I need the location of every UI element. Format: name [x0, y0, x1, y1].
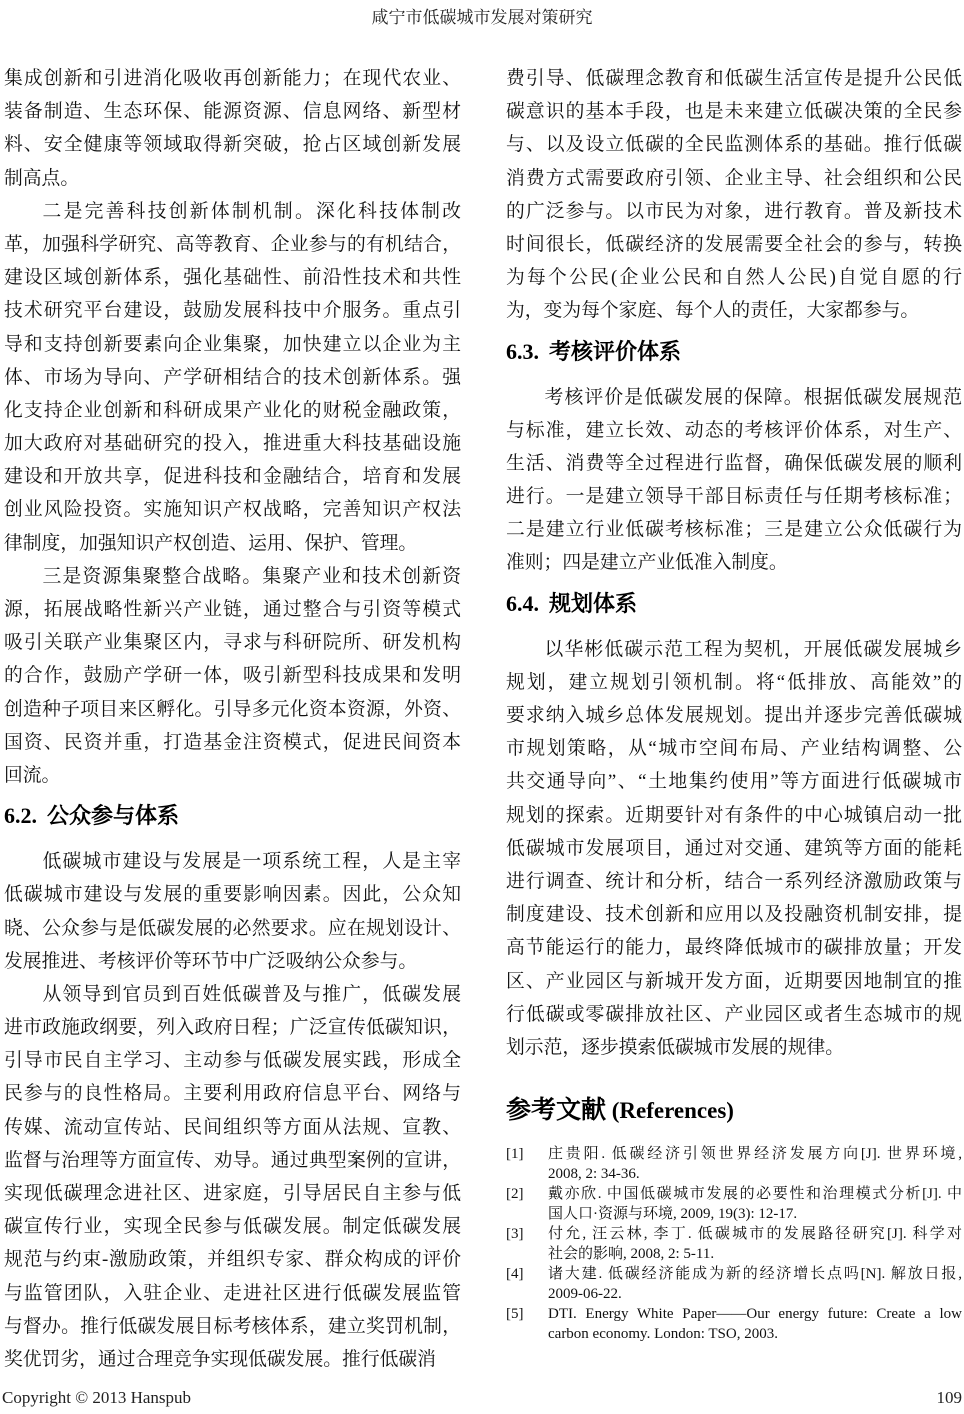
body-line: 进市政施政纲要，列入政府日程；广泛宣传低碳知识， — [4, 1011, 461, 1044]
page-header-title: 咸宁市低碳城市发展对策研究 — [0, 6, 964, 30]
reference-text: 庄贵阳. 低碳经济引领世界经济发展方向[J]. 世界环境,2008, 2: 34… — [548, 1144, 962, 1184]
body-line: 进行调查、统计和分析，结合一系列经济激励政策与 — [506, 865, 962, 898]
reference-item: [3]付允, 汪云林, 李丁. 低碳城市的发展路径研究[J]. 科学对社会的影响… — [506, 1224, 962, 1264]
section-number: 6.4. — [506, 591, 539, 616]
body-line: 规划，建立规划引领机制。将“低排放、高能效”的 — [506, 666, 962, 699]
body-line: 三是资源集聚整合战略。集聚产业和技术创新资 — [4, 560, 461, 593]
body-line: 国资、民资并重，打造基金注资模式，促进民间资本 — [4, 726, 461, 759]
references-heading-zh: 参考文献 — [506, 1096, 606, 1124]
body-line: 民参与的良性格局。主要利用政府信息平台、网络与 — [4, 1077, 461, 1110]
body-line: 低碳城市建设与发展的重要影响因素。因此，公众知 — [4, 878, 461, 911]
reference-line: DTI. Energy White Paper——Our energy futu… — [548, 1304, 962, 1324]
body-line: 集成创新和引进消化吸收再创新能力；在现代农业、 — [4, 62, 461, 95]
reference-text: 诸大建. 低碳经济能成为新的经济增长点吗[N]. 解放日报,2009-06-22… — [548, 1264, 962, 1304]
body-line: 生活、消费等全过程进行监督，确保低碳发展的顺利 — [506, 447, 962, 480]
body-line: 费引导、低碳理念教育和低碳生活宣传是提升公民低 — [506, 62, 962, 95]
body-line: 从领导到官员到百姓低碳普及与推广，低碳发展 — [4, 978, 461, 1011]
body-line: 导和支持创新要素向企业集聚，加快建立以企业为主 — [4, 328, 461, 361]
body-line: 碳意识的基本手段，也是未来建立低碳决策的全民参 — [506, 95, 962, 128]
paragraph: 从领导到官员到百姓低碳普及与推广，低碳发展进市政施政纲要，列入政府日程；广泛宣传… — [4, 978, 461, 1376]
body-line: 监督与治理等方面宣传、劝导。通过典型案例的宣讲， — [4, 1144, 461, 1177]
reference-line: 诸大建. 低碳经济能成为新的经济增长点吗[N]. 解放日报, — [548, 1264, 962, 1284]
body-line: 料、安全健康等领域取得新突破，抢占区域创新发展 — [4, 128, 461, 161]
body-line: 二是完善科技创新体制机制。深化科技体制改 — [4, 195, 461, 228]
body-line: 发展推进、考核评价等环节中广泛吸纳公众参与。 — [4, 945, 461, 978]
body-line: 与标准，建立长效、动态的考核评价体系，对生产、 — [506, 414, 962, 447]
body-line: 吸引关联产业集聚区内，寻求与科研院所、研发机构 — [4, 626, 461, 659]
body-line: 以华彬低碳示范工程为契机，开展低碳发展城乡 — [506, 633, 962, 666]
paragraph: 以华彬低碳示范工程为契机，开展低碳发展城乡规划，建立规划引领机制。将“低排放、高… — [506, 633, 962, 1064]
body-line: 传媒、流动宣传站、民间组织等方面从法规、宣教、 — [4, 1111, 461, 1144]
column-right: 费引导、低碳理念教育和低碳生活宣传是提升公民低碳意识的基本手段，也是未来建立低碳… — [506, 62, 962, 1376]
paragraph: 集成创新和引进消化吸收再创新能力；在现代农业、装备制造、生态环保、能源资源、信息… — [4, 62, 461, 195]
section-title: 公众参与体系 — [47, 803, 179, 828]
references-heading: 参考文献 (References) — [506, 1094, 962, 1130]
body-line: 为每个公民(企业公民和自然人公民)自觉自愿的行 — [506, 261, 962, 294]
body-line: 消费方式需要政府引领、企业主导、社会组织和公民 — [506, 162, 962, 195]
body-line: 与督办。推行低碳发展目标考核体系，建立奖罚机制， — [4, 1310, 461, 1343]
section-heading: 6.4.规划体系 — [506, 590, 962, 618]
body-line: 要求纳入城乡总体发展规划。提出并逐步完善低碳城 — [506, 699, 962, 732]
body-line: 与、以及设立低碳的全民监测体系的基础。推行低碳 — [506, 128, 962, 161]
body-line: 考核评价是低碳发展的保障。根据低碳发展规范 — [506, 381, 962, 414]
body-line: 建设区域创新体系，强化基础性、前沿性技术和共性 — [4, 261, 461, 294]
body-line: 革，加强科学研究、高等教育、企业参与的有机结合， — [4, 228, 461, 261]
body-line: 创造种子项目来区孵化。引导多元化资本资源，外资、 — [4, 693, 461, 726]
reference-text: 戴亦欣. 中国低碳城市发展的必要性和治理模式分析[J]. 中国人口·资源与环境,… — [548, 1184, 962, 1224]
reference-number: [5] — [506, 1304, 548, 1344]
body-line: 与监管团队，入驻企业、走进社区进行低碳发展监管 — [4, 1277, 461, 1310]
reference-number: [3] — [506, 1224, 548, 1264]
references-heading-en: (References) — [606, 1098, 734, 1123]
body-line: 共交通导向”、“土地集约使用”等方面进行低碳城市 — [506, 765, 962, 798]
two-column-body: 集成创新和引进消化吸收再创新能力；在现代农业、装备制造、生态环保、能源资源、信息… — [4, 62, 962, 1376]
reference-line: 付允, 汪云林, 李丁. 低碳城市的发展路径研究[J]. 科学对 — [548, 1224, 962, 1244]
reference-item: [4]诸大建. 低碳经济能成为新的经济增长点吗[N]. 解放日报,2009-06… — [506, 1264, 962, 1304]
reference-item: [1]庄贵阳. 低碳经济引领世界经济发展方向[J]. 世界环境,2008, 2:… — [506, 1144, 962, 1184]
body-line: 区、产业园区与新城开发方面，近期要因地制宜的推 — [506, 965, 962, 998]
body-line: 碳宣传行业，实现全民参与低碳发展。制定低碳发展 — [4, 1210, 461, 1243]
body-line: 进行。一是建立领导干部目标责任与任期考核标准； — [506, 480, 962, 513]
body-line: 行低碳或零碳排放社区、产业园区或者生态城市的规 — [506, 998, 962, 1031]
body-line: 划示范，逐步摸索低碳城市发展的规律。 — [506, 1031, 962, 1064]
reference-text: 付允, 汪云林, 李丁. 低碳城市的发展路径研究[J]. 科学对社会的影响, 2… — [548, 1224, 962, 1264]
reference-text: DTI. Energy White Paper——Our energy futu… — [548, 1304, 962, 1344]
body-line: 加大政府对基础研究的投入，推进重大科技基础设施 — [4, 427, 461, 460]
body-line: 低碳城市发展项目，通过对交通、建筑等方面的能耗 — [506, 832, 962, 865]
body-line: 市规划策略，从“城市空间布局、产业结构调整、公 — [506, 732, 962, 765]
page-footer: Copyright © 2013 Hanspub 109 — [2, 1388, 962, 1408]
reference-line: 戴亦欣. 中国低碳城市发展的必要性和治理模式分析[J]. 中 — [548, 1184, 962, 1204]
section-heading: 6.3.考核评价体系 — [506, 338, 962, 366]
paragraph: 考核评价是低碳发展的保障。根据低碳发展规范与标准，建立长效、动态的考核评价体系，… — [506, 381, 962, 580]
page-number: 109 — [937, 1388, 963, 1408]
reference-number: [4] — [506, 1264, 548, 1304]
body-line: 体、市场为导向、产学研相结合的技术创新体系。强 — [4, 361, 461, 394]
reference-number: [1] — [506, 1144, 548, 1184]
reference-line: 国人口·资源与环境, 2009, 19(3): 12-17. — [548, 1204, 962, 1224]
body-line: 时间很长，低碳经济的发展需要全社会的参与，转换 — [506, 228, 962, 261]
section-title: 规划体系 — [549, 591, 637, 616]
body-line: 晓、公众参与是低碳发展的必然要求。应在规划设计、 — [4, 912, 461, 945]
body-line: 引导市民自主学习、主动参与低碳发展实践，形成全 — [4, 1044, 461, 1077]
body-line: 建设和开放共享，促进科技和金融结合，培育和发展 — [4, 460, 461, 493]
section-number: 6.2. — [4, 803, 37, 828]
body-line: 规划的探索。近期要针对有条件的中心城镇启动一批 — [506, 799, 962, 832]
body-line: 回流。 — [4, 759, 461, 792]
body-line: 制度建设、技术创新和应用以及投融资机制安排，提 — [506, 898, 962, 931]
body-line: 技术研究平台建设，鼓励发展科技中介服务。重点引 — [4, 294, 461, 327]
section-title: 考核评价体系 — [549, 339, 681, 364]
body-line: 源，拓展战略性新兴产业链，通过整合与引资等模式 — [4, 593, 461, 626]
section-number: 6.3. — [506, 339, 539, 364]
body-line: 制高点。 — [4, 162, 461, 195]
body-line: 二是建立行业低碳考核标准；三是建立公众低碳行为 — [506, 513, 962, 546]
body-line: 化支持企业创新和科研成果产业化的财税金融政策， — [4, 394, 461, 427]
reference-line: 2008, 2: 34-36. — [548, 1164, 962, 1184]
body-line: 实现低碳理念进社区、进家庭，引导居民自主参与低 — [4, 1177, 461, 1210]
reference-item: [5]DTI. Energy White Paper——Our energy f… — [506, 1304, 962, 1344]
body-line: 准则；四是建立产业低准入制度。 — [506, 546, 962, 579]
paragraph: 二是完善科技创新体制机制。深化科技体制改革，加强科学研究、高等教育、企业参与的有… — [4, 195, 461, 560]
column-left: 集成创新和引进消化吸收再创新能力；在现代农业、装备制造、生态环保、能源资源、信息… — [4, 62, 461, 1376]
paragraph: 低碳城市建设与发展是一项系统工程，人是主宰低碳城市建设与发展的重要影响因素。因此… — [4, 845, 461, 978]
body-line: 的广泛参与。以市民为对象，进行教育。普及新技术 — [506, 195, 962, 228]
paragraph: 三是资源集聚整合战略。集聚产业和技术创新资源，拓展战略性新兴产业链，通过整合与引… — [4, 560, 461, 792]
body-line: 创业风险投资。实施知识产权战略，完善知识产权法 — [4, 493, 461, 526]
body-line: 律制度，加强知识产权创造、运用、保护、管理。 — [4, 527, 461, 560]
reference-line: 2009-06-22. — [548, 1284, 962, 1304]
body-line: 规范与约束-激励政策，并组织专家、群众构成的评价 — [4, 1243, 461, 1276]
reference-item: [2]戴亦欣. 中国低碳城市发展的必要性和治理模式分析[J]. 中国人口·资源与… — [506, 1184, 962, 1224]
reference-line: 庄贵阳. 低碳经济引领世界经济发展方向[J]. 世界环境, — [548, 1144, 962, 1164]
reference-line: 社会的影响, 2008, 2: 5-11. — [548, 1244, 962, 1264]
body-line: 为，变为每个家庭、每个人的责任，大家都参与。 — [506, 294, 962, 327]
footer-copyright: Copyright © 2013 Hanspub — [2, 1388, 191, 1408]
body-line: 的合作，鼓励产学研一体，吸引新型科技成果和发明 — [4, 659, 461, 692]
section-heading: 6.2.公众参与体系 — [4, 802, 461, 830]
paragraph: 费引导、低碳理念教育和低碳生活宣传是提升公民低碳意识的基本手段，也是未来建立低碳… — [506, 62, 962, 328]
reference-number: [2] — [506, 1184, 548, 1224]
body-line: 装备制造、生态环保、能源资源、信息网络、新型材 — [4, 95, 461, 128]
body-line: 奖优罚劣，通过合理竞争实现低碳发展。推行低碳消 — [4, 1343, 461, 1376]
body-line: 高节能运行的能力，最终降低城市的碳排放量；开发 — [506, 931, 962, 964]
reference-line: carbon economy. London: TSO, 2003. — [548, 1324, 962, 1344]
body-line: 低碳城市建设与发展是一项系统工程，人是主宰 — [4, 845, 461, 878]
